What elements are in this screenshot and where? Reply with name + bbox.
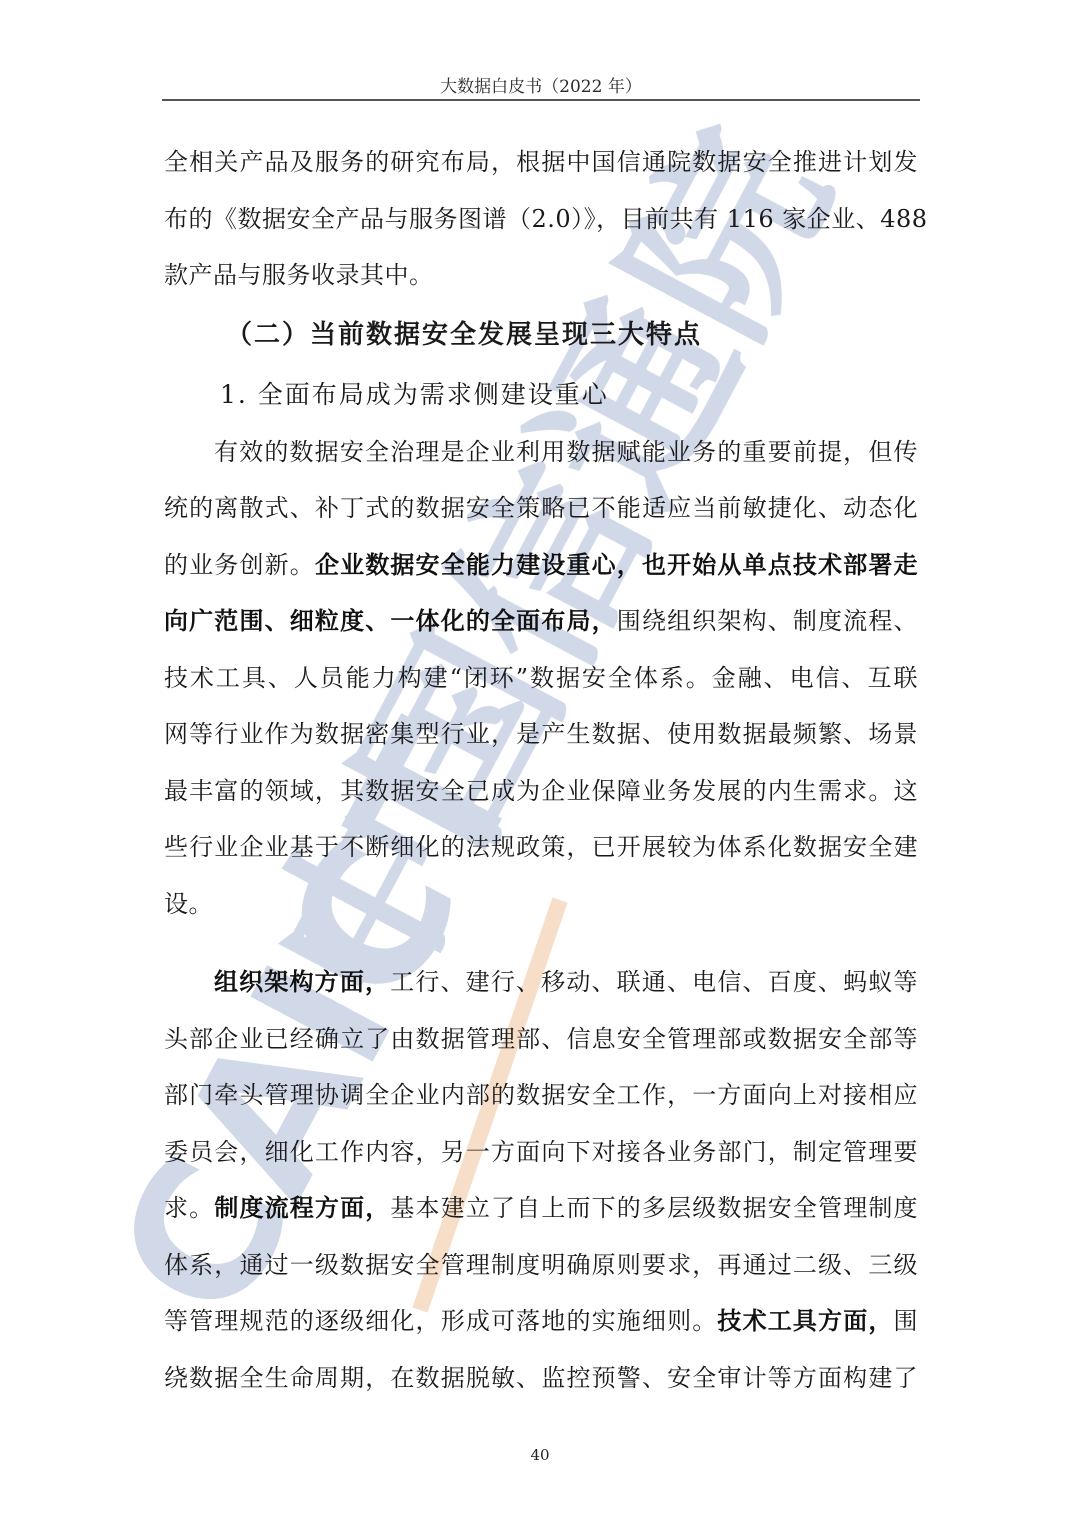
body-line: 网等行业作为数据密集型行业，是产生数据、使用数据最频繁、场景 [164,706,918,763]
body-line: 组织架构方面，工行、建行、移动、联通、电信、百度、蚂蚁等 [164,954,918,1011]
document-body: 全相关产品及服务的研究布局，根据中国信通院数据安全推进计划发 布的《数据安全产品… [164,134,918,1406]
body-line: 款产品与服务收录其中。 [164,247,918,304]
body-line: 委员会，细化工作内容，另一方面向下对接各业务部门，制定管理要 [164,1124,918,1181]
paragraph-2: 组织架构方面，工行、建行、移动、联通、电信、百度、蚂蚁等 头部企业已经确立了由数… [164,954,918,1406]
body-line: 全相关产品及服务的研究布局，根据中国信通院数据安全推进计划发 [164,134,918,191]
paragraph-gap [164,932,918,954]
page-header-title: 大数据白皮书（2022 年） [162,72,920,97]
body-line: 头部企业已经确立了由数据管理部、信息安全管理部或数据安全部等 [164,1011,918,1068]
body-line: 的业务创新。企业数据安全能力建设重心，也开始从单点技术部署走 [164,537,918,594]
body-line: 些行业企业基于不断细化的法规政策，已开展较为体系化数据安全建 [164,819,918,876]
body-line: 体系，通过一级数据安全管理制度明确原则要求，再通过二级、三级 [164,1237,918,1294]
body-line: 技术工具、人员能力构建“闭环”数据安全体系。金融、电信、互联 [164,650,918,707]
body-line: 求。制度流程方面，基本建立了自上而下的多层级数据安全管理制度 [164,1180,918,1237]
section-heading: （二）当前数据安全发展呈现三大特点 [164,304,918,366]
bold-emphasis: 企业数据安全能力建设重心，也开始从单点技术部署走 [315,551,918,579]
body-text: 的业务创新。 [164,551,315,579]
paragraph-1: 有效的数据安全治理是企业利用数据赋能业务的重要前提，但传 统的离散式、补丁式的数… [164,424,918,933]
bold-emphasis: 组织架构方面， [214,968,390,996]
body-text: 围 [894,1307,919,1335]
body-line: 布的《数据安全产品与服务图谱（2.0）》，目前共有 116 家企业、488 [164,191,918,248]
body-line: 绕数据全生命周期，在数据脱敏、监控预警、安全审计等方面构建了 [164,1350,918,1407]
body-text: 工行、建行、移动、联通、电信、百度、蚂蚁等 [390,968,918,996]
bold-emphasis: 向广范围、细粒度、一体化的全面布局， [164,607,617,635]
header-divider [162,99,920,101]
body-line: 向广范围、细粒度、一体化的全面布局，围绕组织架构、制度流程、 [164,593,918,650]
body-line: 有效的数据安全治理是企业利用数据赋能业务的重要前提，但传 [164,424,918,481]
body-line: 最丰富的领域，其数据安全已成为企业保障业务发展的内生需求。这 [164,763,918,820]
body-line: 等管理规范的逐级细化，形成可落地的实施细则。技术工具方面，围 [164,1293,918,1350]
body-text: 基本建立了自上而下的多层级数据安全管理制度 [390,1194,918,1222]
body-text: 求。 [164,1194,214,1222]
body-text: 等管理规范的逐级细化，形成可落地的实施细则。 [164,1307,717,1335]
bold-emphasis: 制度流程方面， [214,1194,390,1222]
body-line: 设。 [164,876,918,933]
subsection-heading: 1. 全面布局成为需求侧建设重心 [164,366,918,424]
body-line: 统的离散式、补丁式的数据安全策略已不能适应当前敏捷化、动态化 [164,480,918,537]
body-line: 部门牵头管理协调全企业内部的数据安全工作，一方面向上对接相应 [164,1067,918,1124]
body-text: 围绕组织架构、制度流程、 [617,607,918,635]
page-number: 40 [0,1446,1080,1464]
bold-emphasis: 技术工具方面， [717,1307,893,1335]
